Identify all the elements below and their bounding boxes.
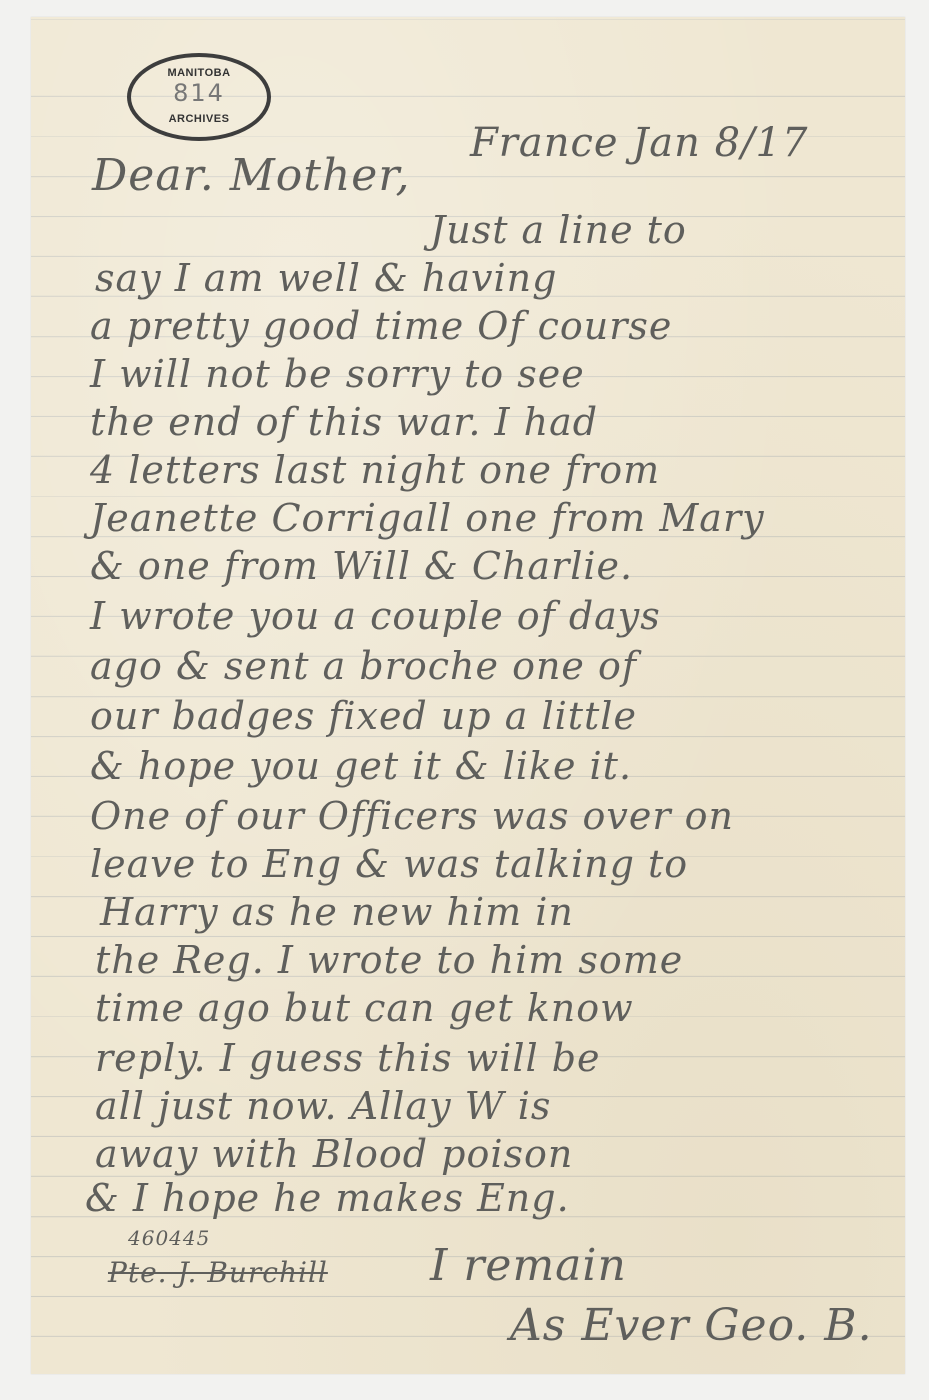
closing: I remain [430,1240,627,1291]
service-number: 460445 [128,1226,210,1250]
body-line: our badges fixed up a little [90,694,637,738]
body-line: time ago but can get know [95,986,634,1030]
body-line: reply. I guess this will be [95,1036,601,1080]
date-line: France Jan 8/17 [470,120,808,166]
sender-name-struck: Pte. J. Burchill [108,1256,328,1289]
body-line: & one from Will & Charlie. [90,544,633,588]
body-line: the end of this war. I had [90,400,598,444]
signature: As Ever Geo. B. [510,1300,873,1351]
stamp-bottom-text: ARCHIVES [131,113,267,125]
manitoba-archives-stamp: MANITOBA 814 ARCHIVES [127,53,271,141]
body-line: a pretty good time Of course [90,304,672,348]
stamp-number: 814 [131,79,267,107]
body-line: Jeanette Corrigall one from Mary [90,496,765,540]
body-line: Harry as he new him in [100,890,574,934]
body-line: the Reg. I wrote to him some [95,938,683,982]
body-line: say I am well & having [95,256,557,300]
body-line: & I hope he makes Eng. [85,1176,570,1220]
body-line: away with Blood poison [95,1132,573,1176]
body-line: ago & sent a broche one of [90,644,637,688]
body-line: I will not be sorry to see [90,352,585,396]
body-line: leave to Eng & was talking to [90,842,688,886]
body-line: One of our Officers was over on [90,794,734,838]
body-line: 4 letters last night one from [90,448,660,492]
body-line: Just a line to [430,208,687,252]
stamp-top-text: MANITOBA [131,67,267,79]
body-line: all just now. Allay W is [95,1084,551,1128]
body-line: I wrote you a couple of days [90,594,661,638]
body-line: & hope you get it & like it. [90,744,632,788]
salutation: Dear. Mother, [92,150,411,201]
